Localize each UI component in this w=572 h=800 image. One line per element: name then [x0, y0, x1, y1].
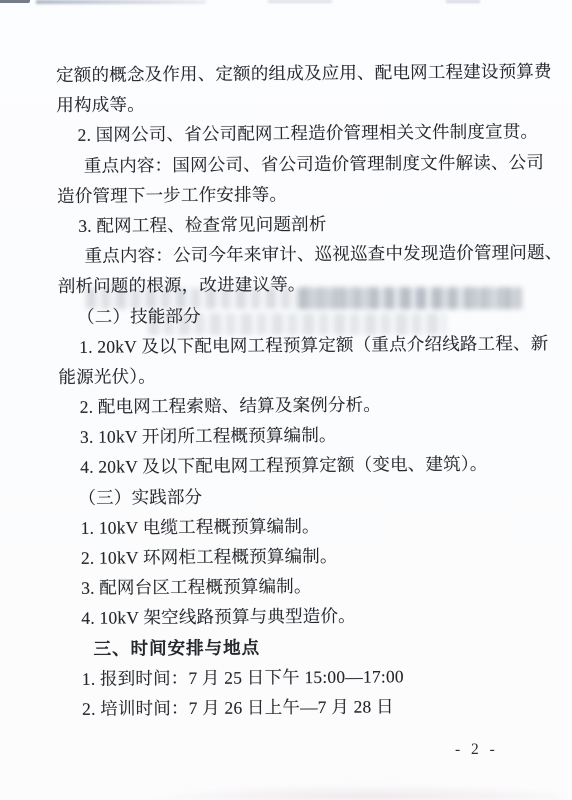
scan-artifact-bottom-smudge	[140, 784, 560, 800]
doc-line: 1. 20kV 及以下配电网工程预算定额（重点介绍线路工程、新	[79, 328, 520, 362]
doc-line: 用构成等。	[56, 87, 518, 121]
scan-artifact-top-left	[0, 0, 30, 3]
doc-line: 重点内容：公司今年来审计、巡视巡查中发现造价管理问题、	[84, 237, 519, 271]
doc-line: 4. 20kV 及以下配电网工程预算定额（变电、建筑）。	[80, 449, 521, 483]
doc-line: 2. 培训时间：7 月 26 日上午—7 月 28 日	[82, 690, 523, 724]
page-number: - 2 -	[455, 741, 496, 759]
doc-line: 定额的概念及作用、定额的组成及应用、配电网工程建设预算费	[56, 56, 518, 90]
doc-line: 重点内容：国网公司、省公司造价管理制度文件解读、公司	[84, 147, 519, 181]
doc-line: 3. 配网台区工程概预算编制。	[81, 570, 522, 604]
heading-practice-section: （三）实践部分	[78, 479, 521, 513]
doc-line: 能源光伏）。	[58, 358, 520, 392]
document-text-block: 定额的概念及作用、定额的组成及应用、配电网工程建设预算费 用构成等。 2. 国网…	[56, 0, 524, 724]
doc-line: 造价管理下一步工作安排等。	[57, 177, 519, 211]
doc-line: 3. 10kV 开闭所工程概预算编制。	[80, 419, 521, 453]
doc-line: 2. 10kV 环网柜工程概预算编制。	[81, 539, 522, 573]
doc-line: 剖析问题的根源，改进建议等。	[58, 268, 520, 302]
heading-time-location-section: 三、时间安排与地点	[94, 630, 523, 664]
heading-skill-section: （二）技能部分	[77, 298, 520, 332]
doc-line: 2. 国网公司、省公司配网工程造价管理相关文件制度宣贯。	[77, 117, 518, 151]
doc-line: 1. 报到时间：7 月 25 日下午 15:00—17:00	[82, 660, 523, 694]
doc-line: 4. 10kV 架空线路预算与典型造价。	[81, 600, 522, 634]
doc-line: 3. 配网工程、检查常见问题剖析	[78, 207, 519, 241]
doc-line: 2. 配电网工程索赔、结算及案例分析。	[80, 388, 521, 422]
scanned-document-page: 定额的概念及作用、定额的组成及应用、配电网工程建设预算费 用构成等。 2. 国网…	[0, 0, 572, 800]
doc-line: 1. 10kV 电缆工程概预算编制。	[81, 509, 522, 543]
